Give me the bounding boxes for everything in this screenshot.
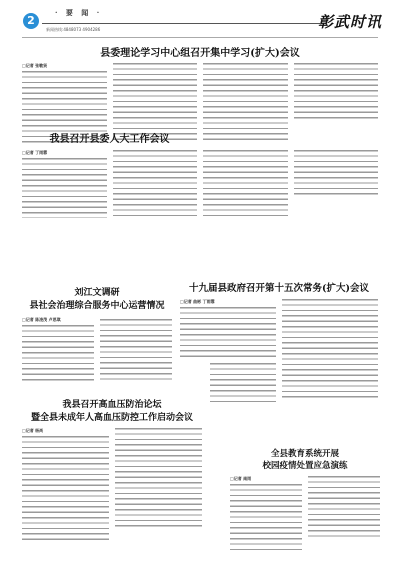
- article-hypertension-forum: 我县召开高血压防治论坛 暨全县未成年人高血压防控工作启动会议 □记者 杨尚: [22, 397, 202, 544]
- header-rule: [42, 23, 320, 24]
- article-column: □记者 曲彬 丁雨霏: [180, 299, 276, 403]
- masthead-logo: 彰武时讯: [318, 11, 382, 32]
- article-county-government-meeting: 十九届县政府召开第十五次常务(扩大)会议 □记者 曲彬 丁雨霏: [180, 280, 378, 403]
- article-column: [282, 299, 378, 399]
- article-column: [113, 150, 198, 218]
- section-title: · 要 闻 ·: [55, 8, 102, 18]
- article-headline-line1[interactable]: 我县召开高血压防治论坛: [22, 397, 202, 410]
- article-column: [22, 158, 107, 218]
- article-headline[interactable]: 县委理论学习中心组召开集中学习(扩大)会议: [22, 44, 378, 59]
- article-liu-jiangwen-inspection: 刘江文调研 县社会治理综合服务中心运营情况 □记者 陈凌茂 卢思琪: [22, 285, 172, 383]
- article-column: [22, 436, 109, 544]
- article-headline-line1[interactable]: 刘江文调研: [22, 285, 172, 298]
- header-bottom-rule: [22, 37, 378, 38]
- page-header: 2 · 要 闻 · 新闻热线:4848073 4904286 彰武时讯: [0, 0, 400, 40]
- article-npc-work-meeting-cont: [203, 150, 378, 216]
- article-school-epidemic-drill: 全县教育系统开展 校园疫情处置应急演练 □记者 南雨: [230, 447, 380, 550]
- article-column: [294, 150, 379, 196]
- page-number-badge: 2: [23, 13, 39, 29]
- article-column: [115, 428, 202, 528]
- article-headline[interactable]: 十九届县政府召开第十五次常务(扩大)会议: [180, 280, 378, 294]
- article-column: □记者 南雨: [230, 476, 302, 550]
- article-headline-line2[interactable]: 县社会治理综合服务中心运营情况: [22, 298, 172, 311]
- article-headline[interactable]: 我县召开县委人大工作会议: [22, 130, 197, 145]
- article-theory-study-meeting: 县委理论学习中心组召开集中学习(扩大)会议 □记者 张敏贤: [22, 44, 378, 143]
- article-column: [294, 63, 379, 121]
- article-byline: □记者 南雨: [230, 476, 302, 482]
- article-body-text: [230, 484, 302, 550]
- news-hotline: 新闻热线:4848073 4904286: [46, 27, 100, 33]
- article-npc-work-meeting: 我县召开县委人大工作会议 □记者 丁雨霏: [22, 130, 197, 218]
- article-headline-line2[interactable]: 暨全县未成年人高血压防控工作启动会议: [22, 410, 202, 423]
- article-headline-line1[interactable]: 全县教育系统开展: [230, 447, 380, 459]
- article-column: [308, 476, 380, 540]
- article-body-text: [210, 363, 276, 403]
- article-byline: □记者 曲彬 丁雨霏: [180, 299, 276, 305]
- article-column: [203, 150, 288, 216]
- article-body-text: [180, 307, 276, 357]
- article-column: [203, 63, 288, 143]
- article-headline-line2[interactable]: 校园疫情处置应急演练: [230, 459, 380, 471]
- article-column: [22, 325, 94, 383]
- article-byline: □记者 张敏贤: [22, 63, 107, 69]
- article-column: [100, 319, 172, 383]
